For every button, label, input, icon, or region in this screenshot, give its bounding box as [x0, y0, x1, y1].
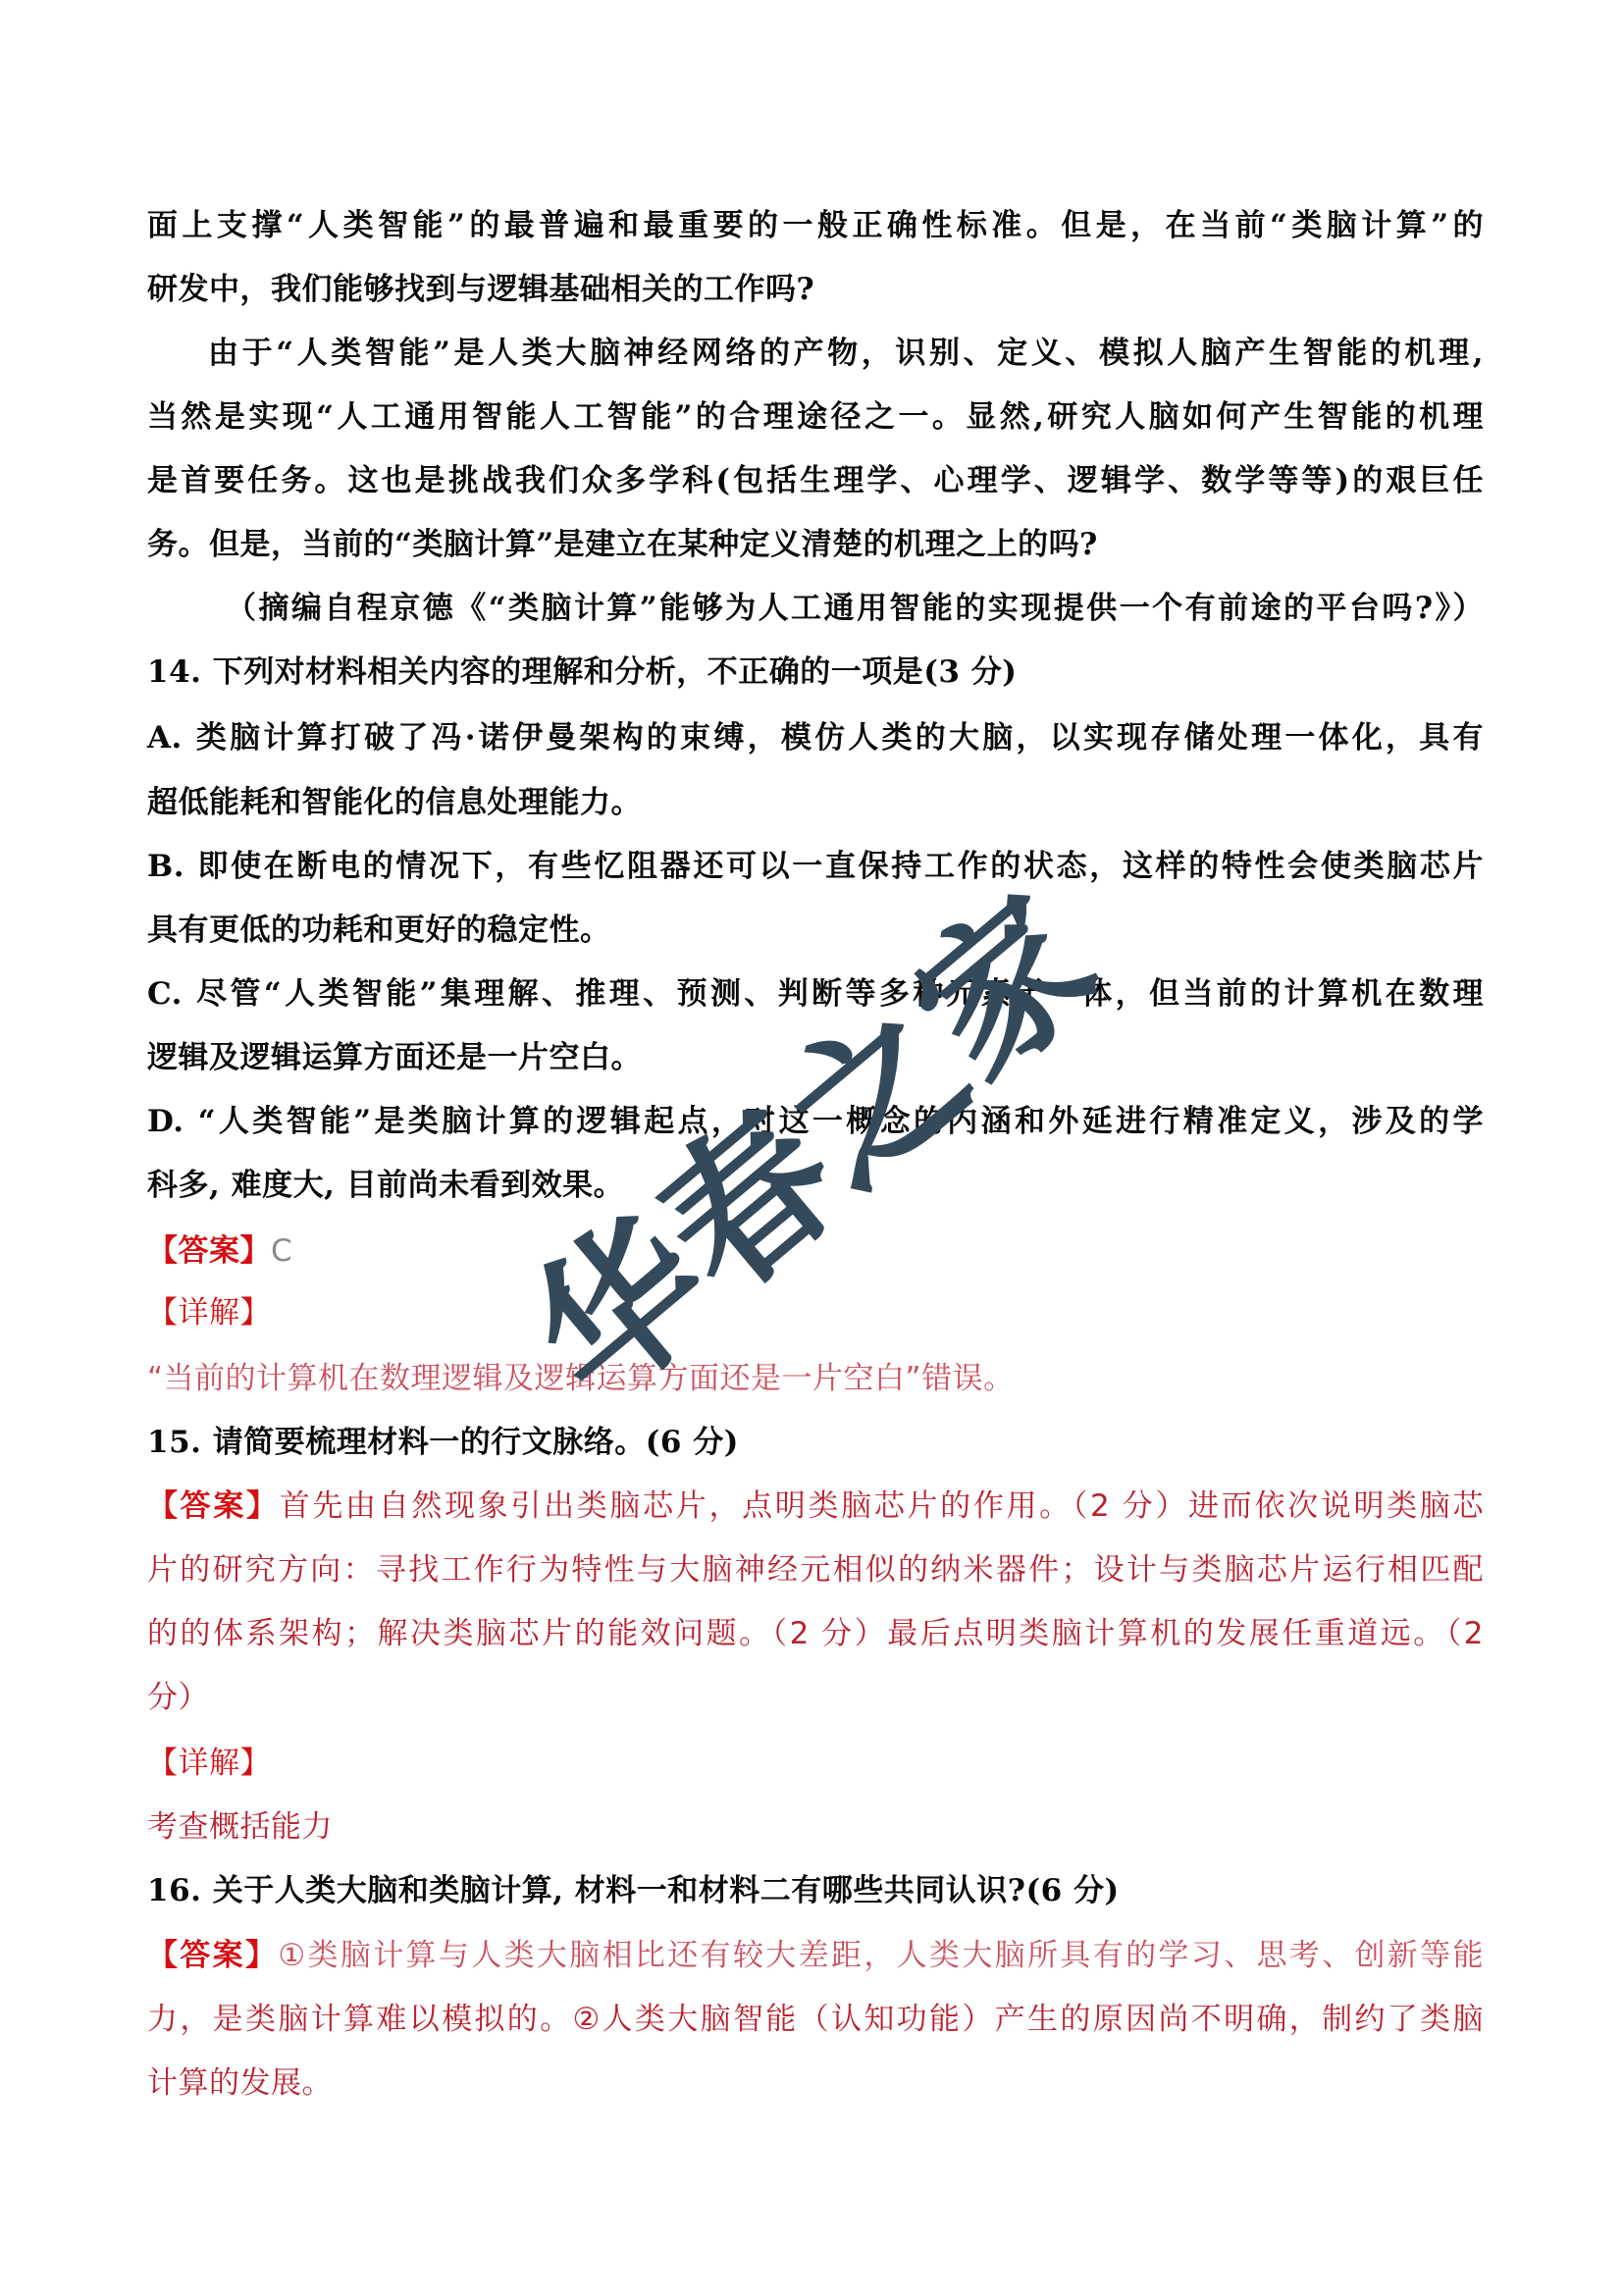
q15-explanation-label: 【详解】 — [147, 1746, 271, 1781]
q15-explanation-text: 考查概括能力 — [147, 1807, 333, 1847]
q15-answer-label: 【答案】 — [147, 1488, 280, 1524]
q16-answer-line1: 【答案】①类脑计算与人类大脑相比还有较大差距，人类大脑所具有的学习、思考、创新等… — [147, 1936, 1484, 1975]
q14-option-c-line2: 逻辑及逻辑运算方面还是一片空白。 — [147, 1038, 642, 1077]
q14-option-c-line1: C. 尽管“人类智能”集理解、推理、预测、判断等多种元素于一体，但当前的计算机在… — [147, 974, 1484, 1014]
q14-answer-label: 【答案】 — [147, 1233, 271, 1269]
q15-answer-line3: 的的体系架构；解决类脑芯片的能效问题。（2 分）最后点明类脑计算机的发展任重道远… — [147, 1614, 1484, 1653]
question-16-stem: 16. 关于人类大脑和类脑计算, 材料一和材料二有哪些共同认识?(6 分) — [147, 1871, 1120, 1910]
material-paragraph2-line2: 当然是实现“人工通用智能人工智能”的合理途径之一。显然,研究人脑如何产生智能的机… — [147, 397, 1484, 437]
q15-answer-line1: 【答案】首先由自然现象引出类脑芯片，点明类脑芯片的作用。（2 分）进而依次说明类… — [147, 1487, 1484, 1526]
q14-option-b-line2: 具有更低的功耗和更好的稳定性。 — [147, 911, 611, 950]
q14-explanation-text: “当前的计算机在数理逻辑及逻辑运算方面还是一片空白”错误。 — [147, 1359, 1015, 1398]
material-paragraph2-line4: 务。但是，当前的“类脑计算”是建立在某种定义清楚的机理之上的吗? — [147, 525, 1098, 564]
question-15-stem: 15. 请简要梳理材料一的行文脉络。(6 分) — [147, 1423, 739, 1462]
q16-answer-line2: 力，是类脑计算难以模拟的。②人类大脑智能（认知功能）产生的原因尚不明确，制约了类… — [147, 2000, 1484, 2039]
q15-answer-line2: 片的研究方向：寻找工作行为特性与大脑神经元相似的纳米器件；设计与类脑芯片运行相匹… — [147, 1550, 1484, 1590]
document-page: 面上支撑“人类智能”的最普遍和最重要的一般正确性标准。但是，在当前“类脑计算”的… — [0, 0, 1623, 2296]
q15-answer-line4: 分） — [147, 1678, 209, 1717]
q14-option-a-line2: 超低能耗和智能化的信息处理能力。 — [147, 783, 642, 822]
material-paragraph2-line3: 是首要任务。这也是挑战我们众多学科(包括生理学、心理学、逻辑学、数学等等)的艰巨… — [147, 461, 1484, 500]
q14-explanation-label-row: 【详解】 — [147, 1293, 271, 1332]
question-14-stem: 14. 下列对材料相关内容的理解和分析，不正确的一项是(3 分) — [147, 652, 1017, 692]
q15-answer-text-1: 首先由自然现象引出类脑芯片，点明类脑芯片的作用。（2 分）进而依次说明类脑芯 — [280, 1488, 1484, 1524]
material-paragraph2-line1: 由于“人类智能”是人类大脑神经网络的产物，识别、定义、模拟人脑产生智能的机理, — [208, 334, 1484, 373]
q14-answer-row: 【答案】C — [147, 1231, 292, 1271]
q16-answer-label: 【答案】 — [147, 1938, 278, 1973]
q14-explanation-label: 【详解】 — [147, 1295, 271, 1331]
q14-answer-value: C — [271, 1233, 292, 1269]
q14-option-d-line1: D. “人类智能”是类脑计算的逻辑起点，对这一概念的内涵和外延进行精准定义，涉及… — [147, 1102, 1484, 1141]
q16-answer-text-1: ①类脑计算与人类大脑相比还有较大差距，人类大脑所具有的学习、思考、创新等能 — [278, 1938, 1484, 1973]
material-paragraph1-line1: 面上支撑“人类智能”的最普遍和最重要的一般正确性标准。但是，在当前“类脑计算”的 — [147, 206, 1484, 245]
q14-option-a-line1: A. 类脑计算打破了冯·诺伊曼架构的束缚，模仿人类的大脑，以实现存储处理一体化，… — [147, 718, 1484, 757]
material-source: （摘编自程京德《“类脑计算”能够为人工通用智能的实现提供一个有前途的平台吗?》） — [226, 589, 1484, 628]
q15-explanation-label-row: 【详解】 — [147, 1744, 271, 1783]
q16-answer-line3: 计算的发展。 — [147, 2063, 333, 2103]
material-paragraph1-line2: 研发中，我们能够找到与逻辑基础相关的工作吗? — [147, 270, 814, 309]
q14-option-d-line2: 科多, 难度大, 目前尚未看到效果。 — [147, 1166, 624, 1205]
q14-option-b-line1: B. 即使在断电的情况下，有些忆阻器还可以一直保持工作的状态，这样的特性会使类脑… — [147, 847, 1484, 886]
